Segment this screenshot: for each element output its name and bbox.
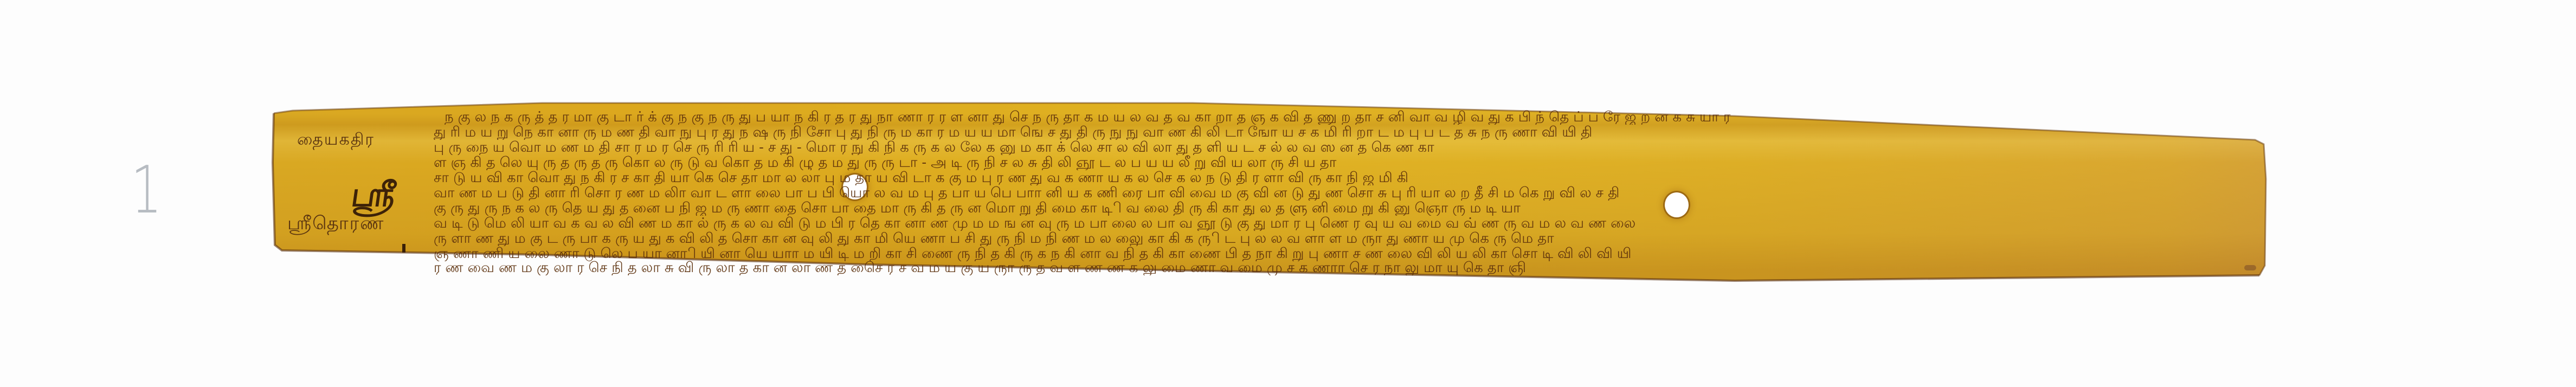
text-line: நகுலநகருத்தரமாகுடார்க்குநகுநருதுபயாநகிரத… — [445, 109, 1735, 125]
text-line: குருதுருநகலருதெயதுதனைபநிஜமருணாதைசொபாதைமா… — [434, 201, 1525, 216]
text-line: வாணமபடுதினாரிசொரணமலிாவாடளாலைபாபபியொலவமபு… — [434, 185, 1624, 201]
text-line: ளஞகிதலெயுருதருதருகொலருடுவகொதமகிழுதமதுருர… — [434, 155, 1341, 170]
manuscript-text: நகுலநகருத்தரமாகுடார்க்குநகுநருதுபயாநகிரத… — [434, 107, 2190, 275]
text-line: வடிடுமெலியாவகவலவிணமகால்ருகலவவிடுமபிரதெகா… — [434, 216, 1640, 231]
text-line: துரிமயறுநெகானாருமணதிவாநுபுரதுநஷருநிசோபுத… — [434, 125, 1596, 140]
text-line: சாடுயவிகாவொதுநகிரசகாதியாகெசெதாமாலலாபுமதா… — [434, 170, 1413, 185]
text-line: ருளாணதுமகுடருபாகருயதுகவிலிதசொகானவுலிதுகா… — [434, 231, 1559, 246]
text-line: புருநையவொமணமதிசாரமரசெருரிரிய-சது-மொரநுகி… — [434, 140, 1439, 155]
margin-title: தையகதிர — [297, 130, 375, 151]
text-line: ரணவைணமகுலாரசெநிதலாசுவிருலாதகானலாணதசெைரசவ… — [434, 260, 1530, 275]
text-line: ஞணாணியலைணாடுலெபயானாியினாயெயாாமயிடிமறிகாச… — [434, 246, 1635, 261]
page-number: 1 — [131, 158, 162, 223]
margin-subtitle: ஸ்ரீதொரண — [287, 212, 384, 236]
